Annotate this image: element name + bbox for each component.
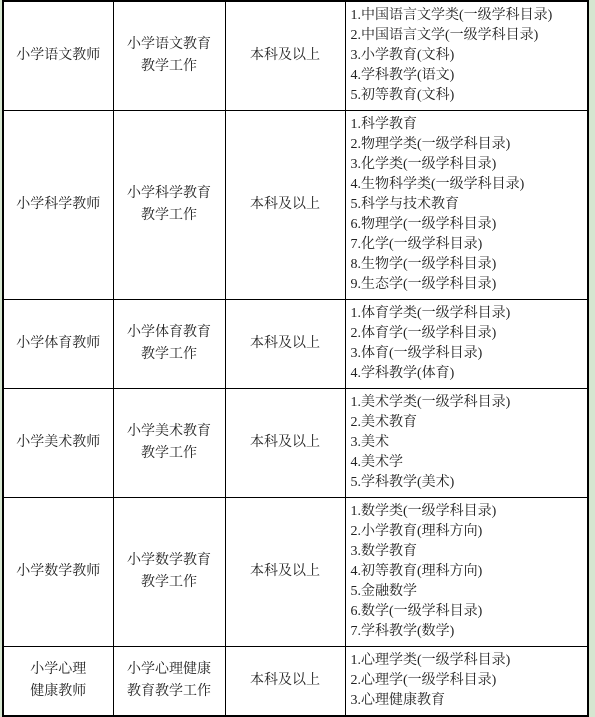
document-page: 小学语文教师 小学语文教育 教学工作 本科及以上 1.中国语言文学类(一级学科目…	[2, 0, 587, 680]
duty-cell: 小学数学教育 教学工作	[113, 498, 225, 647]
majors-cell: 1.中国语言文学类(一级学科目录) 2.中国语言文学(一级学科目录) 3.小学教…	[345, 1, 588, 111]
table-row: 小学体育教师 小学体育教育 教学工作 本科及以上 1.体育学类(一级学科目录) …	[3, 300, 588, 389]
duty-cell: 小学心理健康 教育教学工作	[113, 647, 225, 681]
table-row: 小学心理 健康教师 小学心理健康 教育教学工作 本科及以上 1.心理学类(一级学…	[3, 647, 588, 681]
table-row: 小学语文教师 小学语文教育 教学工作 本科及以上 1.中国语言文学类(一级学科目…	[3, 1, 588, 111]
education-cell: 本科及以上	[225, 111, 345, 300]
position-cell: 小学科学教师	[3, 111, 113, 300]
education-cell: 本科及以上	[225, 1, 345, 111]
education-cell: 本科及以上	[225, 300, 345, 389]
majors-cell: 1.科学教育 2.物理学类(一级学科目录) 3.化学类(一级学科目录) 4.生物…	[345, 111, 588, 300]
table-row: 小学科学教师 小学科学教育 教学工作 本科及以上 1.科学教育 2.物理学类(一…	[3, 111, 588, 300]
education-cell: 本科及以上	[225, 647, 345, 681]
duty-cell: 小学美术教育 教学工作	[113, 389, 225, 498]
qualification-table: 小学语文教师 小学语文教育 教学工作 本科及以上 1.中国语言文学类(一级学科目…	[2, 0, 589, 680]
position-cell: 小学美术教师	[3, 389, 113, 498]
position-cell: 小学体育教师	[3, 300, 113, 389]
position-cell: 小学语文教师	[3, 1, 113, 111]
education-cell: 本科及以上	[225, 498, 345, 647]
duty-cell: 小学科学教育 教学工作	[113, 111, 225, 300]
position-cell: 小学心理 健康教师	[3, 647, 113, 681]
table-row: 小学美术教师 小学美术教育 教学工作 本科及以上 1.美术学类(一级学科目录) …	[3, 389, 588, 498]
duty-cell: 小学语文教育 教学工作	[113, 1, 225, 111]
majors-cell: 1.美术学类(一级学科目录) 2.美术教育 3.美术 4.美术学 5.学科教学(…	[345, 389, 588, 498]
position-cell: 小学数学教师	[3, 498, 113, 647]
majors-cell: 1.心理学类(一级学科目录) 2.心理学(一级学科目录) 3.心理健康教育	[345, 647, 588, 681]
table-row: 小学数学教师 小学数学教育 教学工作 本科及以上 1.数学类(一级学科目录) 2…	[3, 498, 588, 647]
education-cell: 本科及以上	[225, 389, 345, 498]
majors-cell: 1.数学类(一级学科目录) 2.小学教育(理科方向) 3.数学教育 4.初等教育…	[345, 498, 588, 647]
duty-cell: 小学体育教育 教学工作	[113, 300, 225, 389]
majors-cell: 1.体育学类(一级学科目录) 2.体育学(一级学科目录) 3.体育(一级学科目录…	[345, 300, 588, 389]
